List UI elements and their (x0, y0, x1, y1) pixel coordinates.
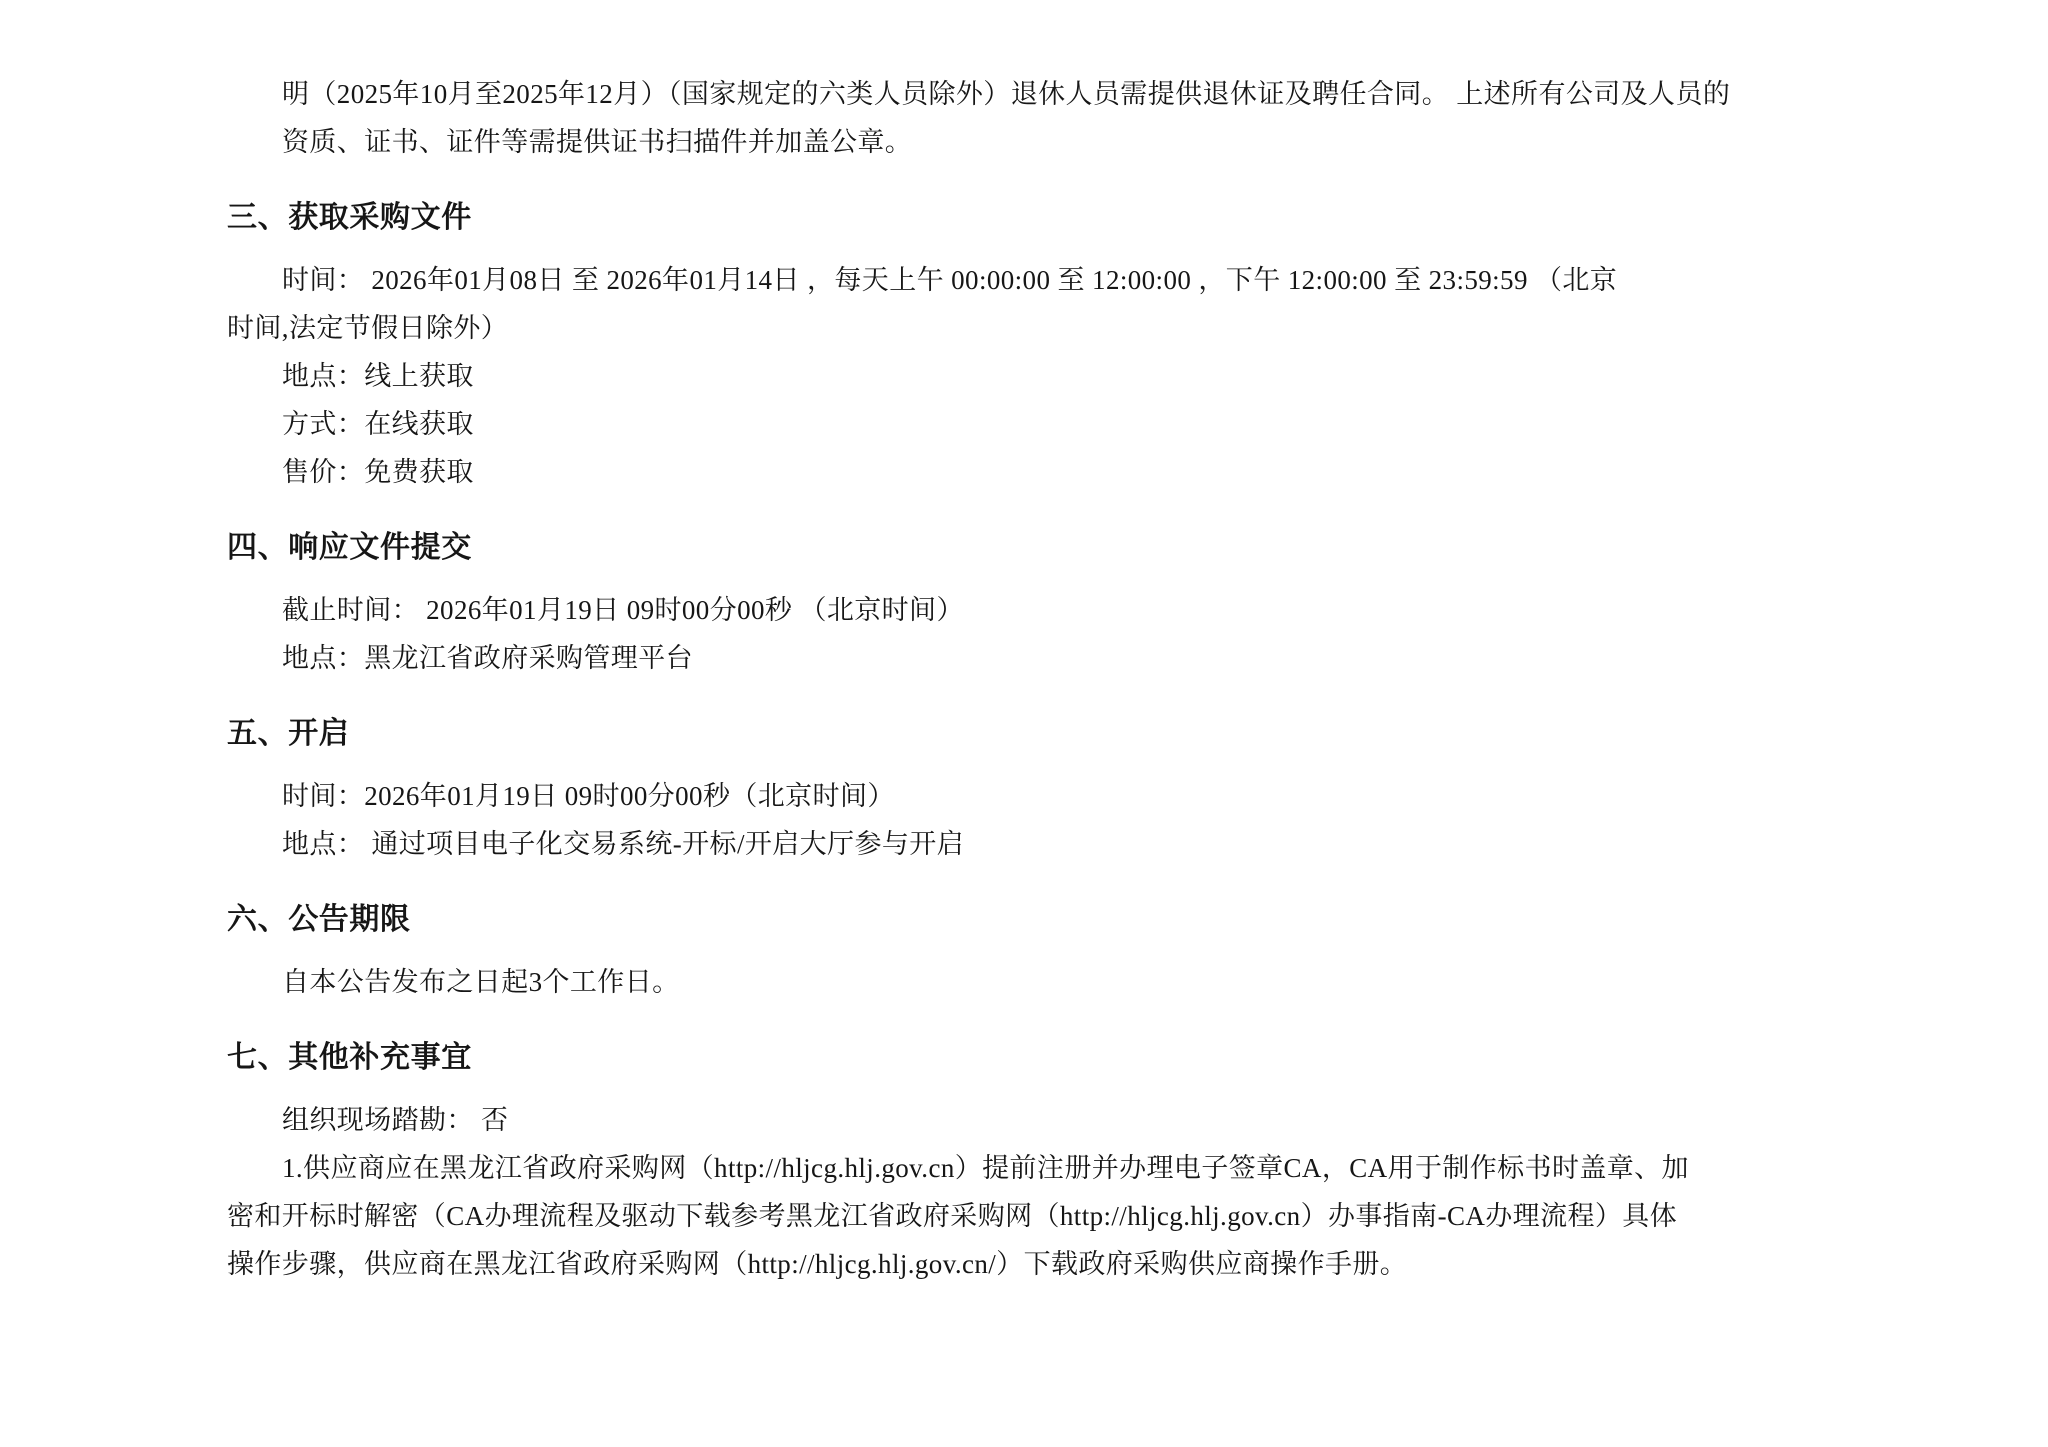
doc-line-deadline: 截止时间： 2026年01月19日 09时00分00秒 （北京时间） (282, 586, 2048, 634)
section-heading-obtain-documents: 三、获取采购文件 (227, 194, 2048, 242)
doc-line-ca-note-cont: 操作步骤，供应商在黑龙江省政府采购网（http://hljcg.hlj.gov.… (227, 1240, 2048, 1288)
doc-line-ca-note-cont: 密和开标时解密（CA办理流程及驱动下载参考黑龙江省政府采购网（http://hl… (227, 1192, 2048, 1240)
doc-line-time: 时间： 2026年01月08日 至 2026年01月14日 ，每天上午 00:0… (282, 256, 2048, 304)
document-page: 明（2025年10月至2025年12月）（国家规定的六类人员除外）退休人员需提供… (0, 0, 2048, 1447)
doc-line-location: 地点： 通过项目电子化交易系统-开标/开启大厅参与开启 (282, 820, 2048, 868)
doc-line-location: 地点：黑龙江省政府采购管理平台 (282, 634, 2048, 682)
doc-line-method: 方式：在线获取 (282, 400, 2048, 448)
doc-line-time-cont: 时间,法定节假日除外） (227, 304, 2048, 352)
section-heading-opening: 五、开启 (227, 710, 2048, 758)
doc-line: 资质、证书、证件等需提供证书扫描件并加盖公章。 (282, 118, 2048, 166)
doc-line: 明（2025年10月至2025年12月）（国家规定的六类人员除外）退休人员需提供… (282, 70, 2048, 118)
doc-line-ca-note: 1.供应商应在黑龙江省政府采购网（http://hljcg.hlj.gov.cn… (282, 1144, 2048, 1192)
doc-line-period: 自本公告发布之日起3个工作日。 (282, 958, 2048, 1006)
doc-line-price: 售价：免费获取 (282, 448, 2048, 496)
section-heading-response-submission: 四、响应文件提交 (227, 524, 2048, 572)
doc-line-site-visit: 组织现场踏勘： 否 (282, 1096, 2048, 1144)
doc-line-location: 地点：线上获取 (282, 352, 2048, 400)
section-heading-announcement-period: 六、公告期限 (227, 896, 2048, 944)
section-heading-other-matters: 七、其他补充事宜 (227, 1034, 2048, 1082)
announcement-body: 明（2025年10月至2025年12月）（国家规定的六类人员除外）退休人员需提供… (0, 0, 2048, 1288)
doc-line-time: 时间：2026年01月19日 09时00分00秒（北京时间） (282, 772, 2048, 820)
